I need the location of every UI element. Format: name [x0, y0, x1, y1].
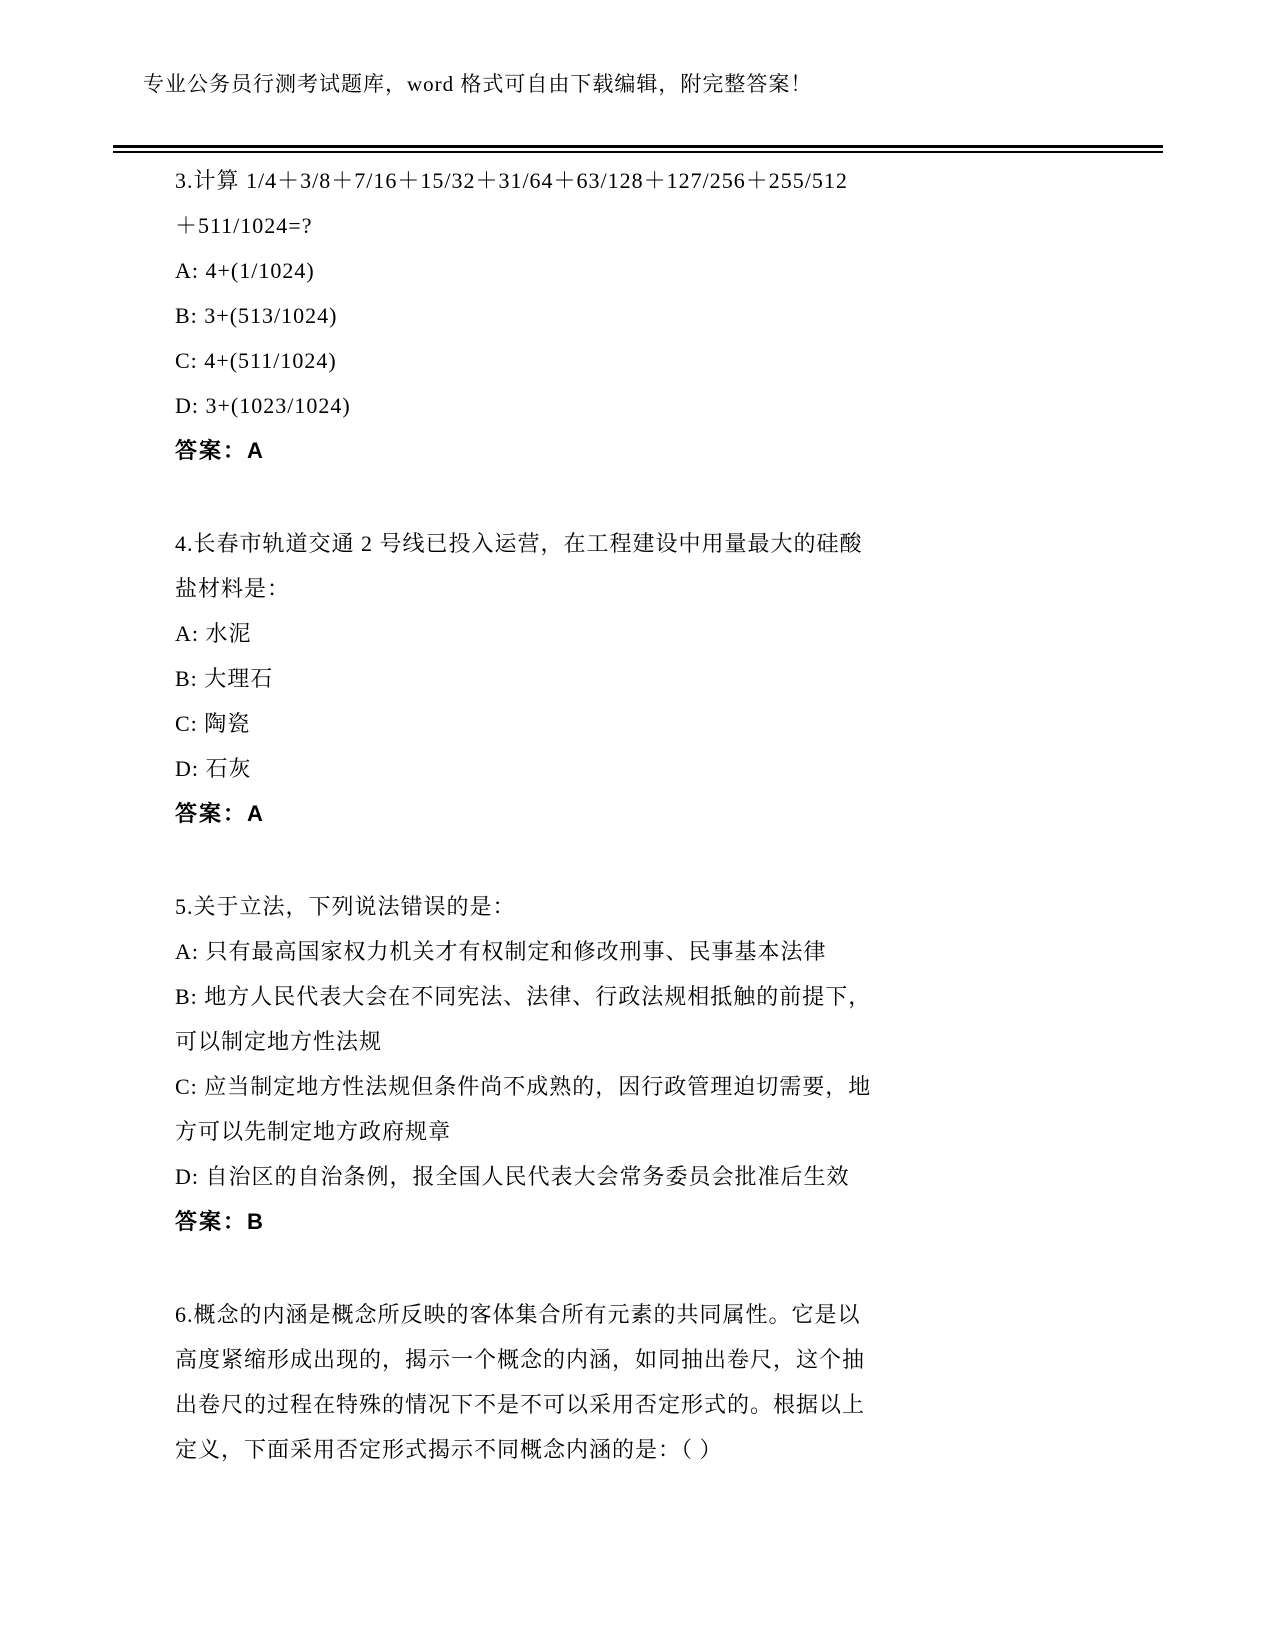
- question-stem-line: 3.计算 1/4＋3/8＋7/16＋15/32＋31/64＋63/128＋127…: [175, 158, 1110, 203]
- option-d-line: D: 自治区的自治条例，报全国人民代表大会常务委员会批准后生效: [175, 1154, 1110, 1199]
- question-block-4: 4.长春市轨道交通 2 号线已投入运营，在工程建设中用量最大的硅酸 盐材料是： …: [175, 521, 1110, 836]
- question-stem-line: 6.概念的内涵是概念所反映的客体集合所有元素的共同属性。它是以: [175, 1292, 1110, 1337]
- option-a-line: A: 只有最高国家权力机关才有权制定和修改刑事、民事基本法律: [175, 929, 1110, 974]
- question-block-3: 3.计算 1/4＋3/8＋7/16＋15/32＋31/64＋63/128＋127…: [175, 158, 1110, 473]
- header-divider-rule: [113, 145, 1163, 153]
- option-a-line: A: 水泥: [175, 611, 1110, 656]
- option-c-line: C: 应当制定地方性法规但条件尚不成熟的，因行政管理迫切需要，地: [175, 1064, 1110, 1109]
- question-gap: [175, 1244, 1110, 1292]
- option-b-continuation-line: 可以制定地方性法规: [175, 1019, 1110, 1064]
- question-stem-line: ＋511/1024=?: [175, 203, 1110, 248]
- question-stem-line: 4.长春市轨道交通 2 号线已投入运营，在工程建设中用量最大的硅酸: [175, 521, 1110, 566]
- page-header-text: 专业公务员行测考试题库，word 格式可自由下载编辑，附完整答案！: [143, 68, 812, 100]
- question-stem-line: 定义，下面采用否定形式揭示不同概念内涵的是：（ ）: [175, 1427, 1110, 1472]
- question-block-5: 5.关于立法，下列说法错误的是： A: 只有最高国家权力机关才有权制定和修改刑事…: [175, 884, 1110, 1244]
- option-c-continuation-line: 方可以先制定地方政府规章: [175, 1109, 1110, 1154]
- question-stem-line: 5.关于立法，下列说法错误的是：: [175, 884, 1110, 929]
- document-body: 3.计算 1/4＋3/8＋7/16＋15/32＋31/64＋63/128＋127…: [175, 158, 1110, 1472]
- question-stem-line: 盐材料是：: [175, 566, 1110, 611]
- option-d-line: D: 3+(1023/1024): [175, 383, 1110, 428]
- question-block-6: 6.概念的内涵是概念所反映的客体集合所有元素的共同属性。它是以 高度紧缩形成出现…: [175, 1292, 1110, 1472]
- option-b-line: B: 大理石: [175, 656, 1110, 701]
- answer-line: 答案：A: [175, 791, 1110, 836]
- answer-line: 答案：A: [175, 428, 1110, 473]
- option-d-line: D: 石灰: [175, 746, 1110, 791]
- option-b-line: B: 3+(513/1024): [175, 293, 1110, 338]
- option-b-line: B: 地方人民代表大会在不同宪法、法律、行政法规相抵触的前提下，: [175, 974, 1110, 1019]
- question-stem-line: 出卷尺的过程在特殊的情况下不是不可以采用否定形式的。根据以上: [175, 1382, 1110, 1427]
- answer-line: 答案：B: [175, 1199, 1110, 1244]
- option-c-line: C: 陶瓷: [175, 701, 1110, 746]
- document-page: 专业公务员行测考试题库，word 格式可自由下载编辑，附完整答案！ 3.计算 1…: [0, 0, 1275, 1650]
- question-gap: [175, 473, 1110, 521]
- option-a-line: A: 4+(1/1024): [175, 248, 1110, 293]
- question-stem-line: 高度紧缩形成出现的，揭示一个概念的内涵，如同抽出卷尺，这个抽: [175, 1337, 1110, 1382]
- question-gap: [175, 836, 1110, 884]
- option-c-line: C: 4+(511/1024): [175, 338, 1110, 383]
